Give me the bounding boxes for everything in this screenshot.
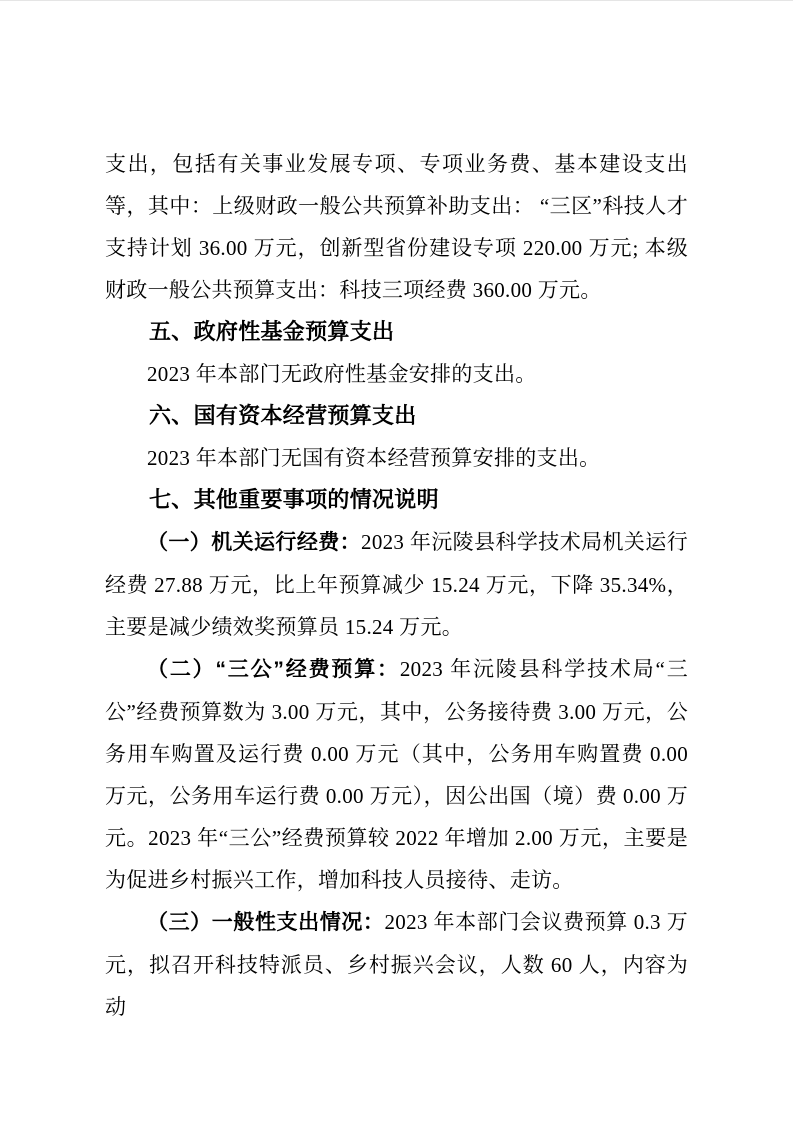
- heading-section-7-other-important-matters: 七、其他重要事项的情况说明: [105, 479, 688, 521]
- paragraph-item-3-general-expenditure: （三）一般性支出情况：2023 年本部门会议费预算 0.3 万元，拟召开科技特派…: [105, 901, 688, 1028]
- paragraph-item-1-agency-operating-expenses: （一）机关运行经费：2023 年沅陵县科学技术局机关运行经费 27.88 万元，…: [105, 521, 688, 648]
- item-2-lead: （二）“三公”经费预算：: [147, 658, 400, 681]
- item-3-lead: （三）一般性支出情况：: [147, 911, 385, 934]
- paragraph-item-2-three-public-expenses-budget: （二）“三公”经费预算：2023 年沅陵县科学技术局“三公”经费预算数为 3.0…: [105, 648, 688, 901]
- document-page: 支出，包括有关事业发展专项、专项业务费、基本建设支出等，其中：上级财政一般公共预…: [0, 0, 793, 1122]
- item-2-body: 2023 年沅陵县科学技术局“三公”经费预算数为 3.00 万元，其中，公务接待…: [105, 657, 688, 892]
- paragraph-government-fund: 2023 年本部门无政府性基金安排的支出。: [105, 353, 688, 395]
- item-1-lead: （一）机关运行经费：: [147, 531, 361, 554]
- heading-section-5-government-fund-budget: 五、政府性基金预算支出: [105, 311, 688, 353]
- paragraph-intro-continuation: 支出，包括有关事业发展专项、专项业务费、基本建设支出等，其中：上级财政一般公共预…: [105, 143, 688, 311]
- paragraph-state-capital: 2023 年本部门无国有资本经营预算安排的支出。: [105, 437, 688, 479]
- heading-section-6-state-capital-budget: 六、国有资本经营预算支出: [105, 395, 688, 437]
